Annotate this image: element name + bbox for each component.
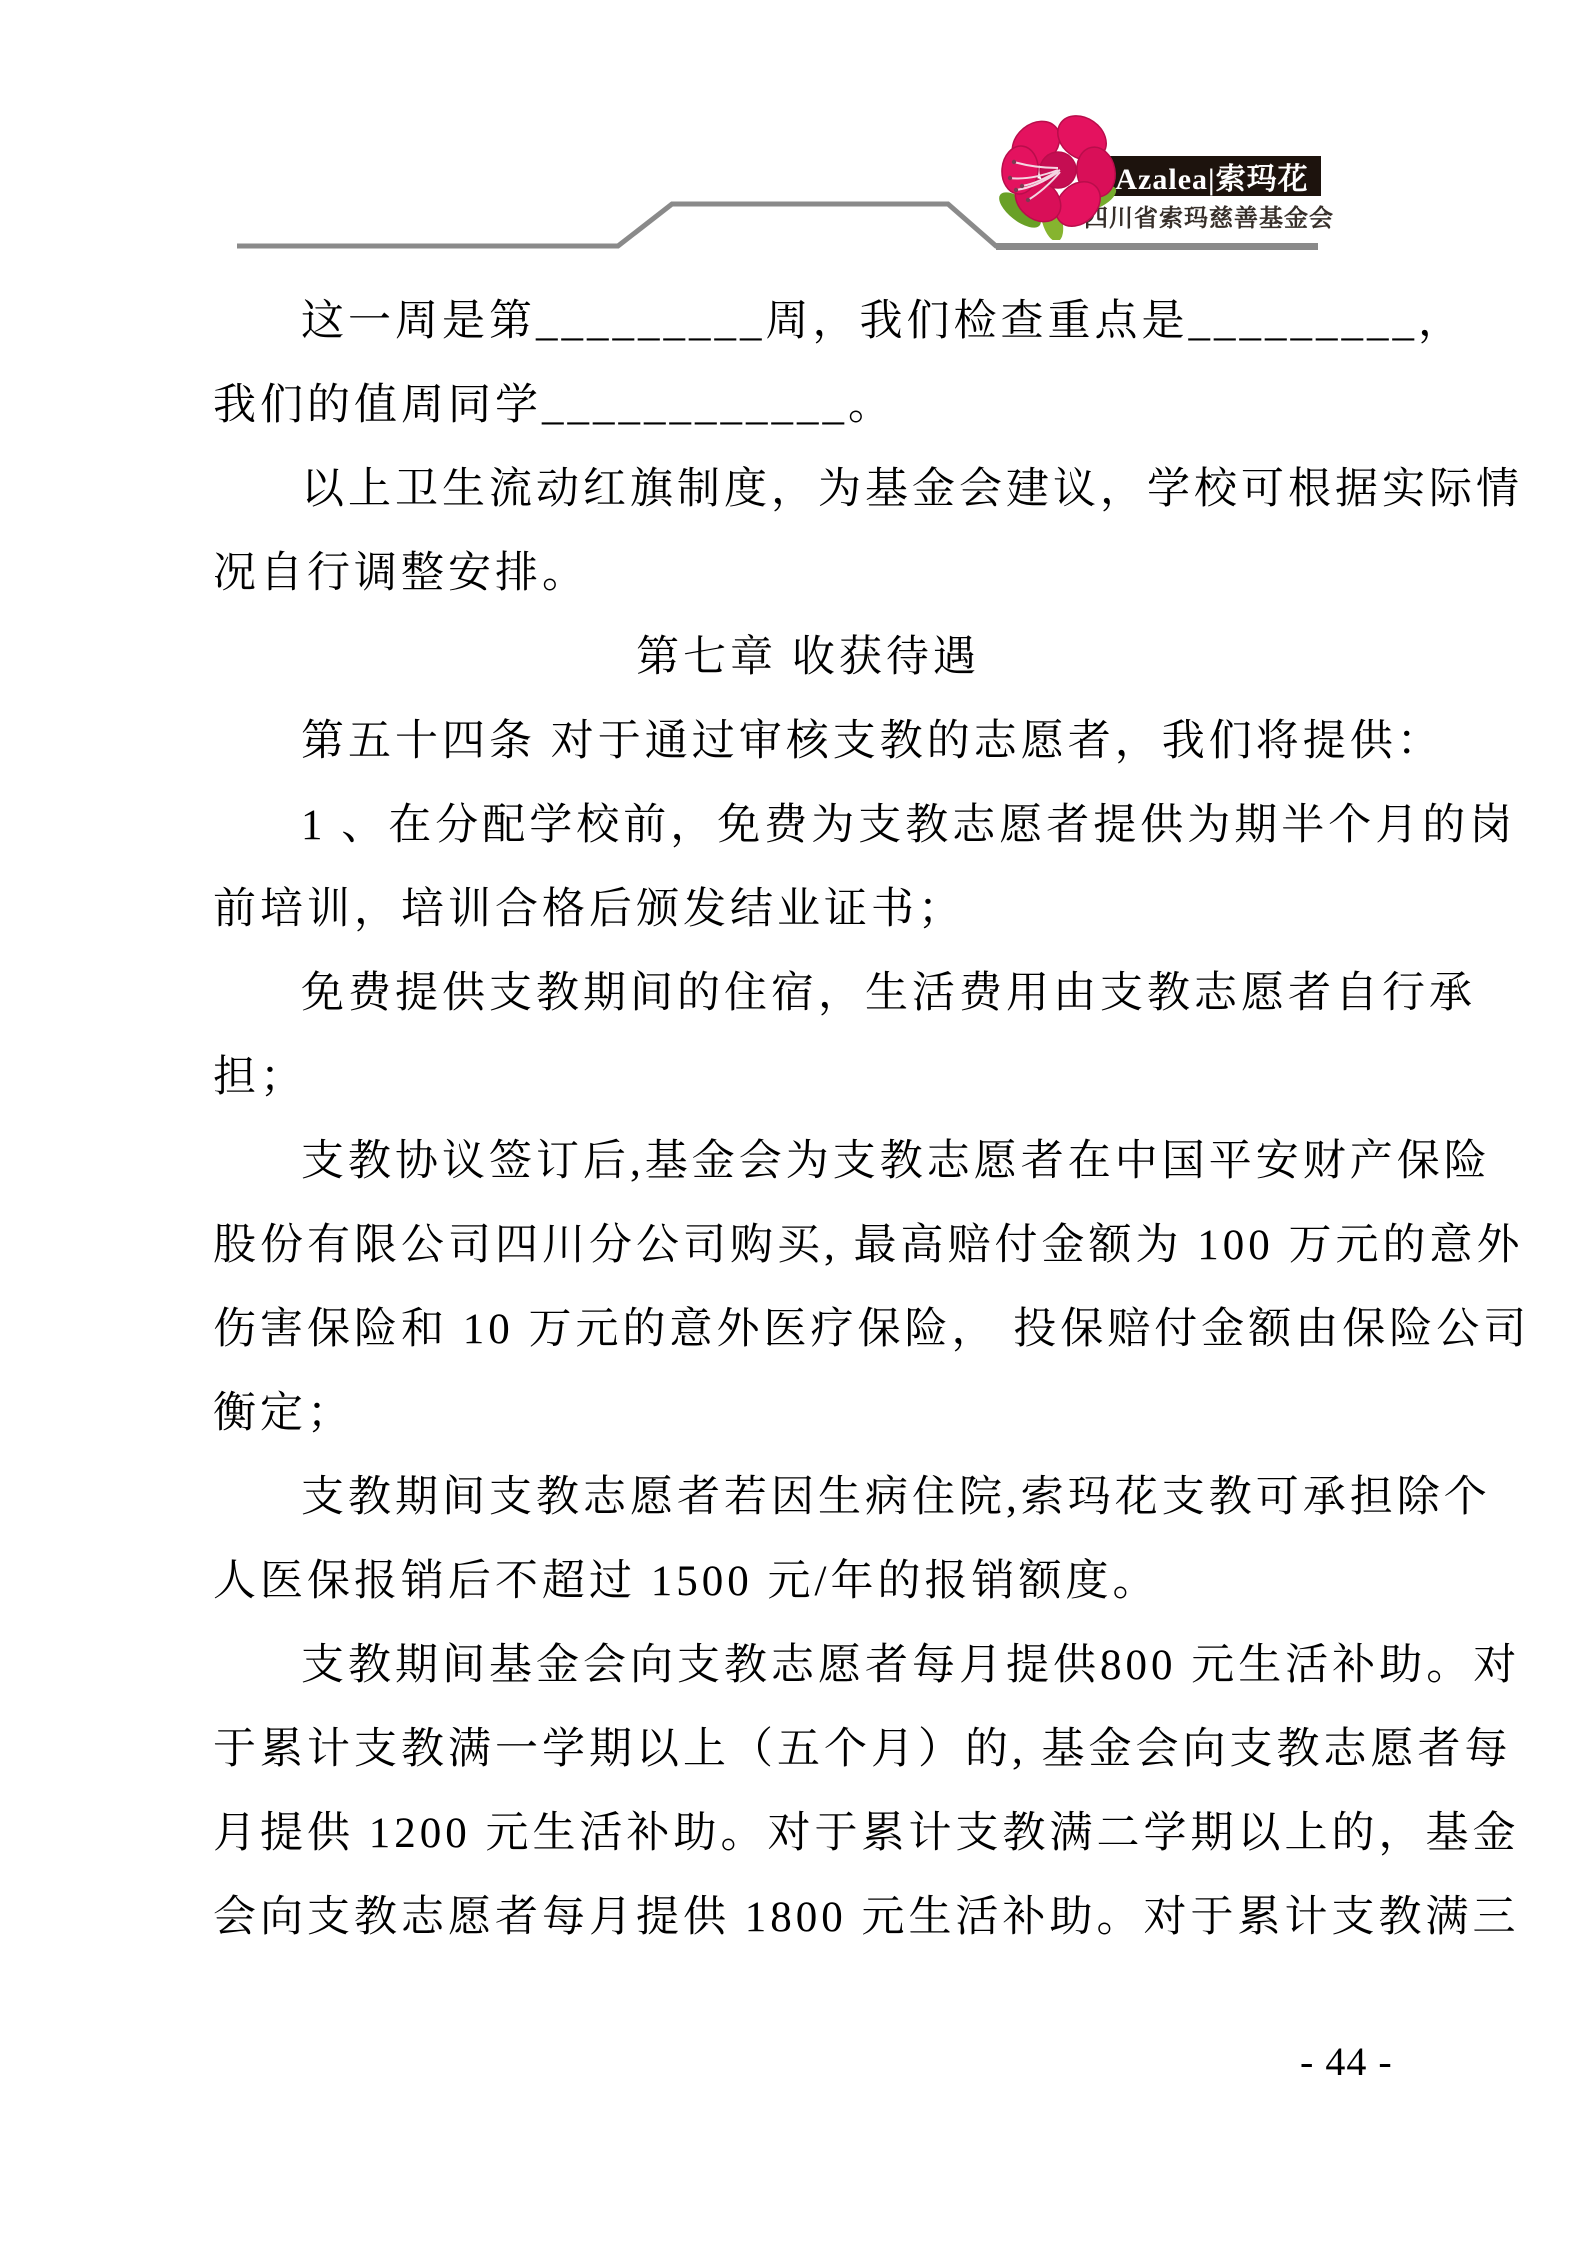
document-page: Azalea|索玛花 四川省索玛慈善基金会: [0, 0, 1587, 2245]
text-line: 这一周是第_________周，我们检查重点是_________，: [213, 280, 1403, 364]
text-line: 1 、在分配学校前，免费为支教志愿者提供为期半个月的岗: [213, 784, 1403, 868]
text-line: 伤害保险和 10 万元的意外医疗保险， 投保赔付金额由保险公司: [213, 1288, 1403, 1372]
text-line: 前培训，培训合格后颁发结业证书；: [213, 868, 1403, 952]
text-line: 支教期间支教志愿者若因生病住院,索玛花支教可承担除个: [213, 1456, 1403, 1540]
page-number: - 44 -: [1300, 2038, 1393, 2085]
document-body: 这一周是第_________周，我们检查重点是_________，我们的值周同学…: [213, 280, 1403, 1960]
text-line: 我们的值周同学____________。: [213, 364, 1403, 448]
text-line: 人医保报销后不超过 1500 元/年的报销额度。: [213, 1540, 1403, 1624]
text-line: 会向支教志愿者每月提供 1800 元生活补助。对于累计支教满三: [213, 1876, 1403, 1960]
text-line: 第七章 收获待遇: [213, 616, 1403, 700]
header-decorative-rule: [0, 0, 1587, 270]
text-line: 免费提供支教期间的住宿，生活费用由支教志愿者自行承: [213, 952, 1403, 1036]
text-line: 股份有限公司四川分公司购买, 最高赔付金额为 100 万元的意外: [213, 1204, 1403, 1288]
logo-banner: Azalea|索玛花: [1103, 156, 1321, 196]
logo-brand-text: Azalea|索玛花: [1115, 154, 1308, 198]
text-line: 以上卫生流动红旗制度，为基金会建议，学校可根据实际情: [213, 448, 1403, 532]
text-line: 第五十四条 对于通过审核支教的志愿者，我们将提供：: [213, 700, 1403, 784]
text-line: 况自行调整安排。: [213, 532, 1403, 616]
azalea-flower-icon: [998, 110, 1122, 240]
text-line: 支教期间基金会向支教志愿者每月提供800 元生活补助。对: [213, 1624, 1403, 1708]
text-line: 衡定；: [213, 1372, 1403, 1456]
text-line: 担；: [213, 1036, 1403, 1120]
text-line: 月提供 1200 元生活补助。对于累计支教满二学期以上的，基金: [213, 1792, 1403, 1876]
text-line: 支教协议签订后,基金会为支教志愿者在中国平安财产保险: [213, 1120, 1403, 1204]
text-line: 于累计支教满一学期以上（五个月）的, 基金会向支教志愿者每: [213, 1708, 1403, 1792]
